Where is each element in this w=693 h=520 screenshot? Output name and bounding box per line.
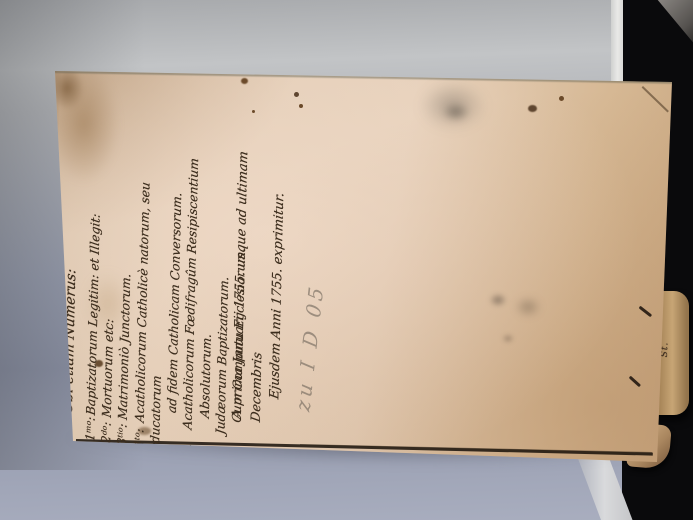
stain	[294, 92, 299, 97]
item-number: 2ᵈᵒ:	[98, 416, 115, 444]
stain	[528, 105, 537, 112]
smudge	[502, 334, 514, 343]
closing-lines: A prima Januarij 1755. usque ad ultimam …	[229, 110, 292, 427]
backdrop-object	[650, 0, 693, 46]
item-text: Matrimoniò Junctorum.	[116, 273, 134, 421]
stain	[559, 96, 564, 101]
photo-scene: 7356 St. Districtus	[0, 0, 693, 520]
pencil-shelfmark: zu I D 05	[291, 259, 331, 413]
smudge	[515, 297, 541, 317]
numbered-list: 1ᵐᵒ:Baptizatorum Legitim: et Illegit: 2ᵈ…	[82, 110, 252, 464]
stain	[299, 104, 303, 108]
ink-mark	[629, 376, 641, 387]
list-item: 4ᵗᵒ:Acatholicorum Catholicè natorum, seu…	[131, 117, 188, 454]
ink-mark	[639, 306, 652, 317]
item-number: 1ᵐᵒ:	[82, 414, 99, 442]
item-text: Acatholicorum Catholicè natorum, seu edu…	[132, 181, 163, 452]
dogear-crease	[642, 86, 669, 112]
manuscript-cover: Districtus Civitatûs Glacensis, Ejusdemq…	[0, 0, 693, 520]
item-text: Mortuorum etc:	[100, 318, 116, 419]
stain	[241, 78, 248, 84]
